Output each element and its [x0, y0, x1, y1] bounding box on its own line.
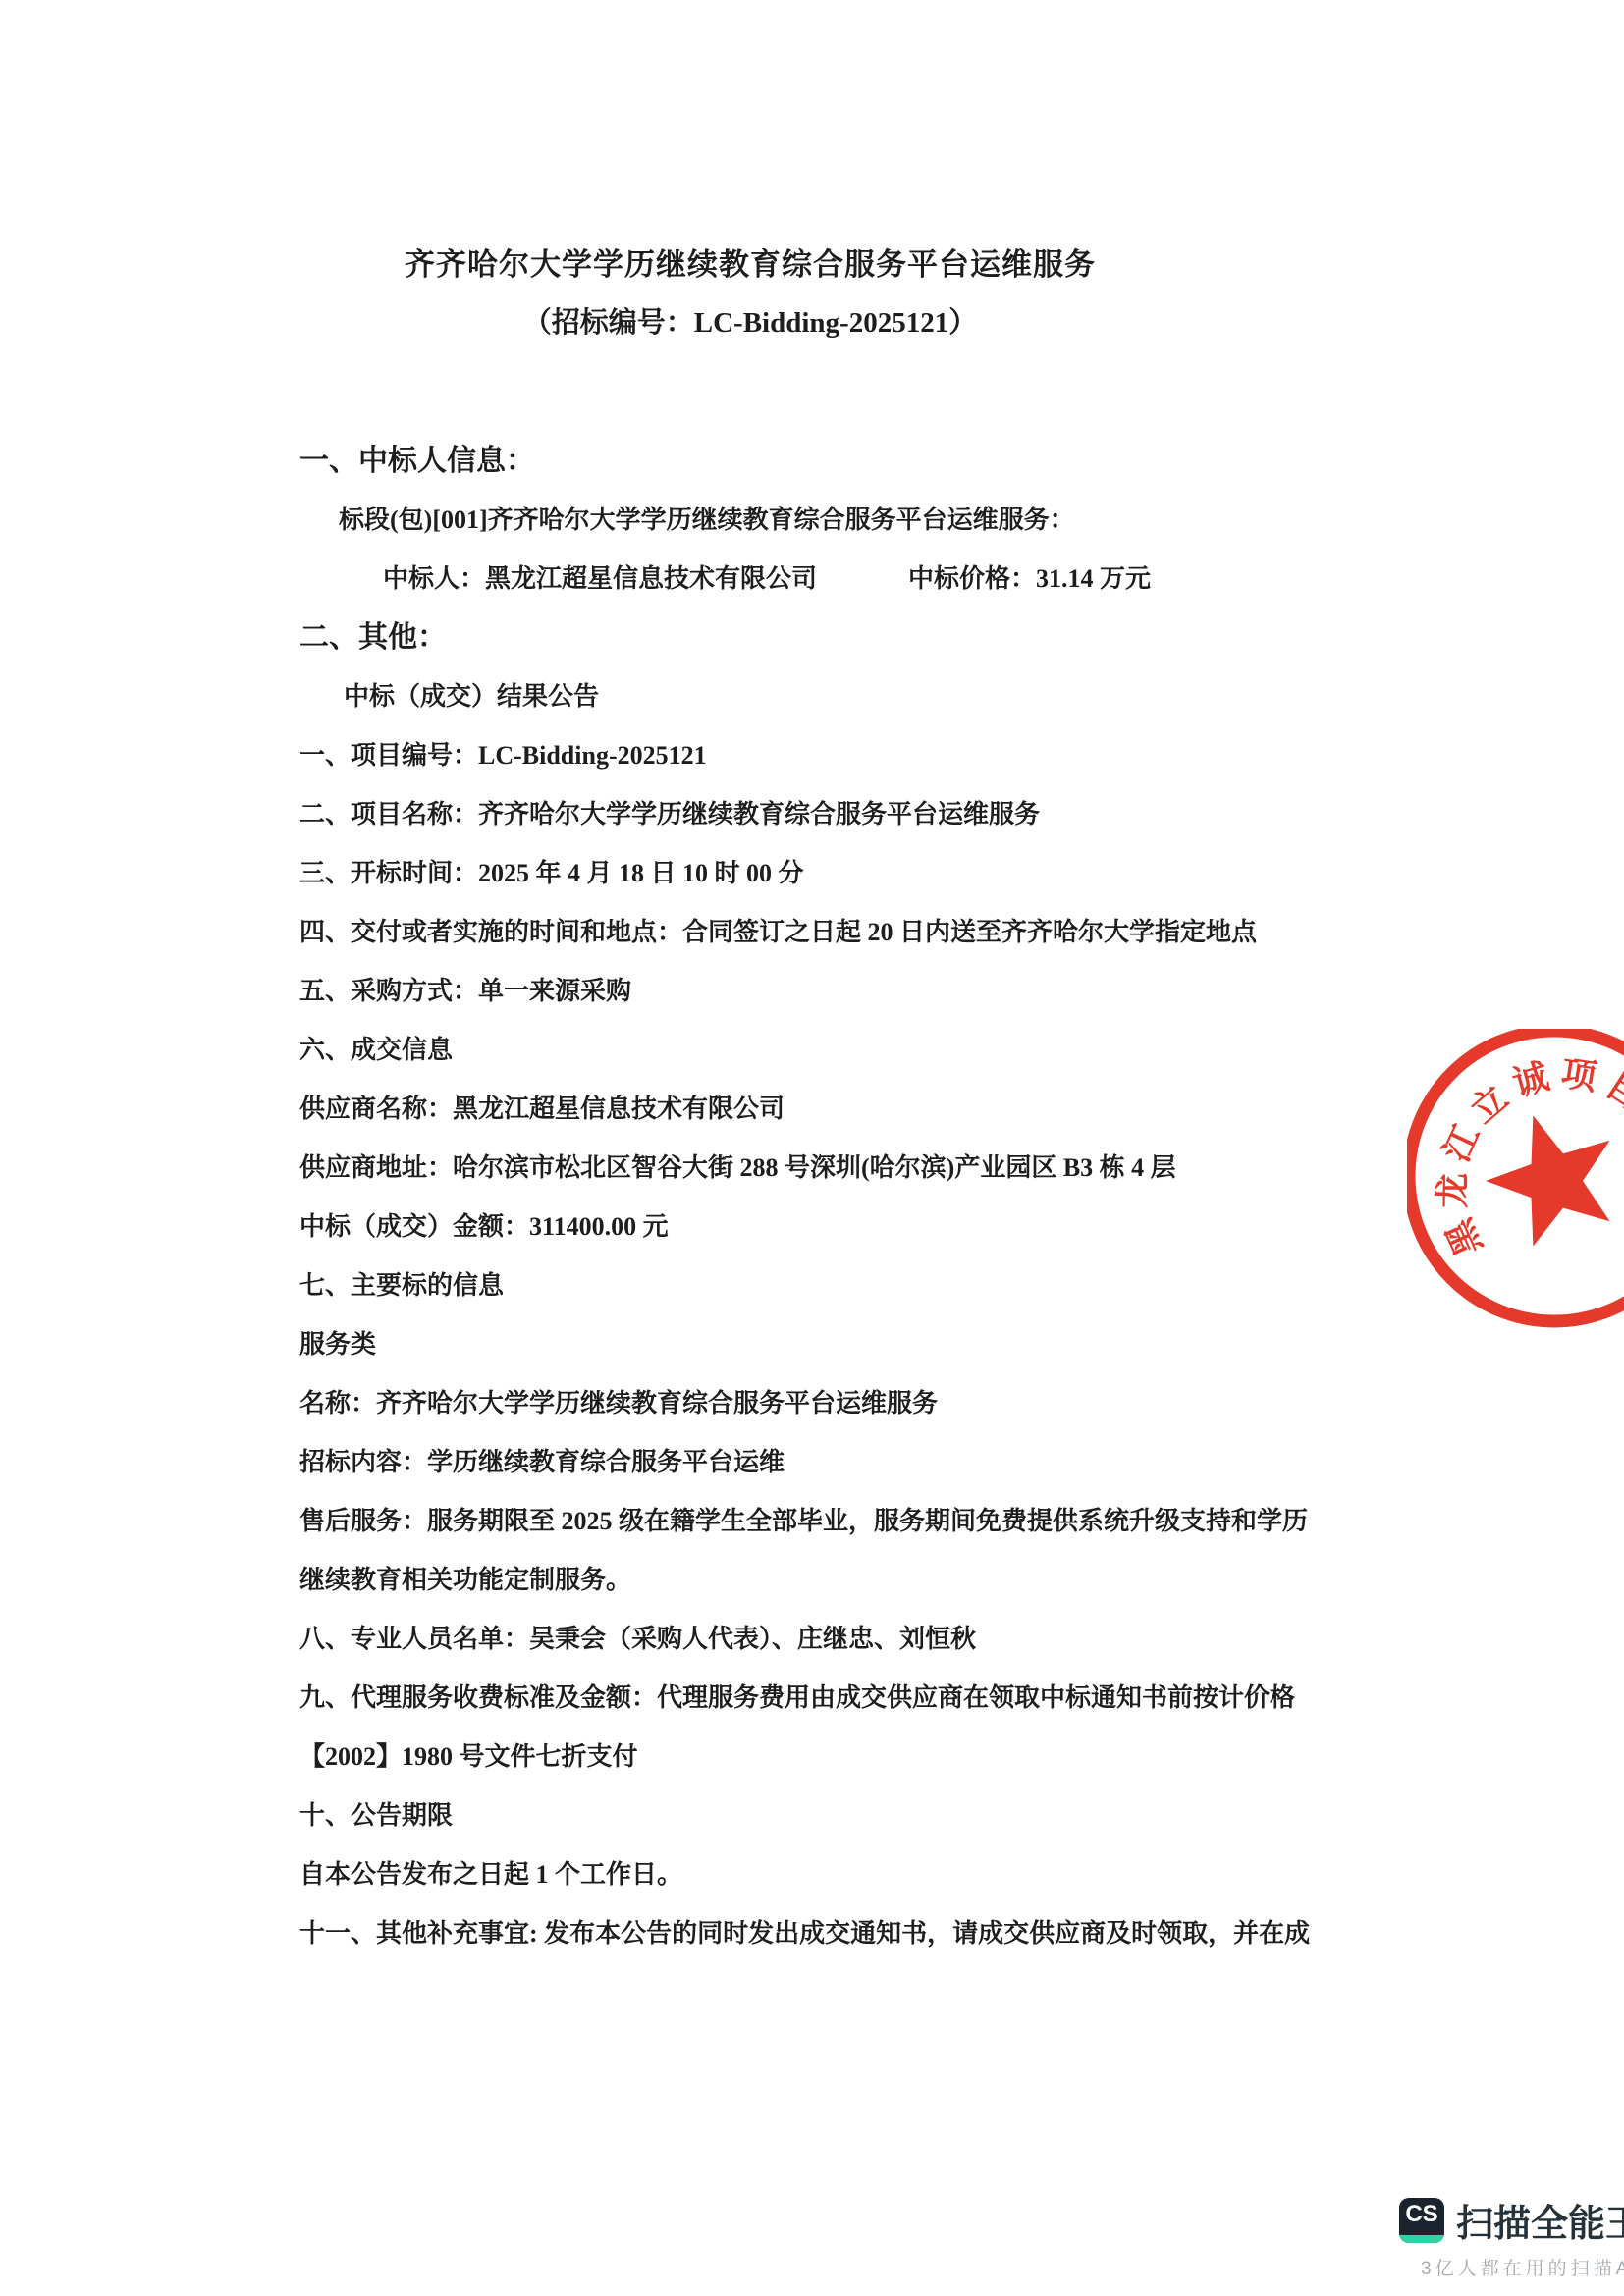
scanned-document-page: 齐齐哈尔大学学历继续教育综合服务平台运维服务 （招标编号：LC-Bidding-… [0, 0, 1624, 2296]
line-professional-list: 八、专业人员名单：吴秉会（采购人代表）、庄继忠、刘恒秋 [299, 1610, 1478, 1669]
line-project-number: 一、项目编号：LC-Bidding-2025121 [299, 726, 1478, 785]
line-service-category: 服务类 [299, 1315, 1478, 1374]
red-seal-stamp: 黑龙江立诚项目 [1407, 1029, 1624, 1343]
line-after-sale-2: 继续教育相关功能定制服务。 [299, 1551, 1478, 1610]
stamp-star-icon [1486, 1115, 1610, 1246]
line-after-sale-1: 售后服务：服务期限至 2025 级在籍学生全部毕业，服务期间免费提供系统升级支持… [299, 1492, 1478, 1551]
camscanner-watermark: CS 扫描全能王™ 3亿人都在用的扫描App [1399, 2193, 1624, 2280]
camscanner-app-name: 扫描全能王™ [1456, 2193, 1624, 2247]
line-agency-fee-1: 九、代理服务收费标准及金额：代理服务费用由成交供应商在领取中标通知书前按计价格 [299, 1669, 1478, 1728]
line-announcement-period-heading: 十、公告期限 [299, 1787, 1478, 1845]
document-body: 一、中标人信息： 标段(包)[001]齐齐哈尔大学学历继续教育综合服务平台运维服… [299, 432, 1478, 1963]
line-project-name: 二、项目名称：齐齐哈尔大学学历继续教育综合服务平台运维服务 [299, 785, 1478, 844]
camscanner-tagline: 3亿人都在用的扫描App [1421, 2254, 1624, 2280]
document-title: 齐齐哈尔大学学历继续教育综合服务平台运维服务 [0, 240, 1500, 284]
section-heading-other: 二、其他： [299, 609, 1478, 667]
line-announcement-period: 自本公告发布之日起 1 个工作日。 [299, 1845, 1478, 1904]
section-heading-winner-info: 一、中标人信息： [299, 432, 1478, 491]
line-procurement-method: 五、采购方式：单一来源采购 [299, 962, 1478, 1021]
line-supplier-name: 供应商名称：黑龙江超星信息技术有限公司 [299, 1080, 1478, 1139]
line-delivery: 四、交付或者实施的时间和地点：合同签订之日起 20 日内送至齐齐哈尔大学指定地点 [299, 903, 1478, 962]
announcement-title: 中标（成交）结果公告 [344, 667, 1478, 726]
winner-price: 中标价格：31.14 万元 [908, 550, 1151, 609]
line-subject-name: 名称：齐齐哈尔大学学历继续教育综合服务平台运维服务 [299, 1374, 1478, 1433]
camscanner-logo-letters: CS [1399, 2201, 1444, 2228]
line-award-amount: 中标（成交）金额：311400.00 元 [299, 1198, 1478, 1256]
line-subject-info-heading: 七、主要标的信息 [299, 1256, 1478, 1315]
lot-line: 标段(包)[001]齐齐哈尔大学学历继续教育综合服务平台运维服务： [339, 491, 1478, 550]
winner-name: 中标人：黑龙江超星信息技术有限公司 [383, 564, 817, 593]
line-supplier-address: 供应商地址：哈尔滨市松北区智谷大街 288 号深圳(哈尔滨)产业园区 B3 栋 … [299, 1139, 1478, 1198]
camscanner-logo-icon: CS [1399, 2198, 1444, 2243]
line-deal-info-heading: 六、成交信息 [299, 1021, 1478, 1080]
winner-row: 中标人：黑龙江超星信息技术有限公司 中标价格：31.14 万元 [299, 550, 1478, 609]
line-bid-content: 招标内容：学历继续教育综合服务平台运维 [299, 1433, 1478, 1492]
line-opening-time: 三、开标时间：2025 年 4 月 18 日 10 时 00 分 [299, 844, 1478, 903]
bid-number-subtitle: （招标编号：LC-Bidding-2025121） [0, 300, 1500, 341]
line-agency-fee-2: 【2002】1980 号文件七折支付 [299, 1728, 1478, 1787]
line-supplementary: 十一、其他补充事宜: 发布本公告的同时发出成交通知书，请成交供应商及时领取，并在… [299, 1904, 1478, 1963]
camscanner-logo-accent [1399, 2235, 1444, 2243]
